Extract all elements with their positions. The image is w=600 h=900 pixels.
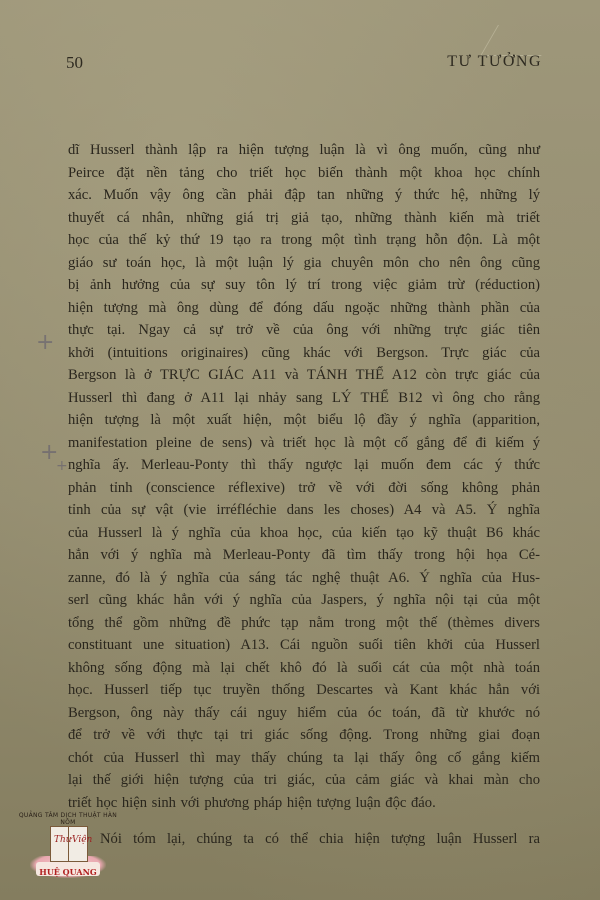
page-number: 50 [66, 53, 83, 73]
library-logo: QUẢNG TÂM DỊCH THUẬT HÀN NÔM Thư Viện HU… [18, 812, 118, 890]
text-line: tổng thể gồm những đề phức tạp nằm trong… [68, 612, 540, 635]
text-line: manifestation pleine de sens) và triết h… [68, 432, 540, 455]
text-line: chót của Husserl thì may thấy chúng ta l… [68, 747, 540, 770]
body-text: dĩ Husserl thành lập ra hiện tượng luận … [68, 139, 540, 851]
text-line: triết học hiện sinh với phương pháp hiện… [68, 792, 540, 815]
text-line: thuyết cá nhân, những giá trị giả tạo, n… [68, 207, 540, 230]
text-line: constituant une situation) A13. Cái nguồ… [68, 634, 540, 657]
open-book-icon: Thư Viện [50, 826, 88, 862]
margin-pencil-mark: + [36, 330, 54, 355]
paragraph-2: Nói tóm lại, chúng ta có thể chia hiện t… [68, 828, 540, 851]
text-line: học của thế kỷ thứ 19 tạo ra trong một t… [68, 229, 540, 252]
text-line: hẳn với ý nghĩa mà Merleau-Ponty đã tìm … [68, 544, 540, 567]
text-line: của Husserl là ý nghĩa của khoa học, của… [68, 522, 540, 545]
logo-name-band: HUỆ QUANG [36, 862, 100, 876]
text-line: dĩ Husserl thành lập ra hiện tượng luận … [68, 139, 540, 162]
running-title: TƯ TƯỞNG [447, 53, 542, 71]
logo-book-left-text: Thư [54, 835, 72, 845]
text-line: học. Husserl tiếp tục truyền thống Desca… [68, 679, 540, 702]
text-line: thực tại. Ngay cả sự trở về của ông với … [68, 319, 540, 342]
text-line: để trở về với thực tại tri giác sống độn… [68, 724, 540, 747]
text-line: bị ảnh hưởng của sự suy tôn lý trí trong… [68, 274, 540, 297]
logo-ring-text: QUẢNG TÂM DỊCH THUẬT HÀN NÔM [18, 812, 118, 826]
text-line: Bergson, ông này thấy cái nguy hiểm của … [68, 702, 540, 725]
text-line: lại thế giới hiện tượng của tri giác, củ… [68, 769, 540, 792]
text-line: nghĩa ấy. Merleau-Ponty thì thấy ngược l… [68, 454, 540, 477]
text-line: tỉnh của sự vật (vie irréfléchie dans le… [68, 499, 540, 522]
margin-pencil-mark: + [56, 458, 68, 474]
text-line: xác. Muốn vậy ông cần phải đập tan những… [68, 184, 540, 207]
text-line: serl cũng khác hẳn với ý nghĩa của Jaspe… [68, 589, 540, 612]
text-line: hiện tượng là một xuất hiện, một biểu lộ… [68, 409, 540, 432]
text-line: Nói tóm lại, chúng ta có thể chia hiện t… [68, 828, 540, 851]
text-line: không sống động mà lại chết khô đó là su… [68, 657, 540, 680]
text-line: Bergson là ở TRỰC GIÁC A11 và TÁNH THỂ A… [68, 364, 540, 387]
paper-fold-crease [480, 25, 559, 56]
text-line: Peirce đặt nền tảng cho triết học biến t… [68, 162, 540, 185]
text-line: giáo sư toán học, là một luận lý gia chu… [68, 252, 540, 275]
text-line: Husserl thì đang ở A11 lại nhảy sang LÝ … [68, 387, 540, 410]
text-line: phản tỉnh (conscience réflexive) trở về … [68, 477, 540, 500]
logo-name: HUỆ QUANG [39, 867, 96, 877]
paragraph-1: dĩ Husserl thành lập ra hiện tượng luận … [68, 139, 540, 814]
logo-book-right-text: Viện [72, 835, 92, 845]
text-line: khởi (intuitions originaires) cũng khác … [68, 342, 540, 365]
text-line: zanne, đó là ý nghĩa của sáng tác nghệ t… [68, 567, 540, 590]
page-header: 50 TƯ TƯỞNG [66, 53, 542, 77]
text-line: hiện tượng mà ông dùng để đóng dấu ngoặc… [68, 297, 540, 320]
